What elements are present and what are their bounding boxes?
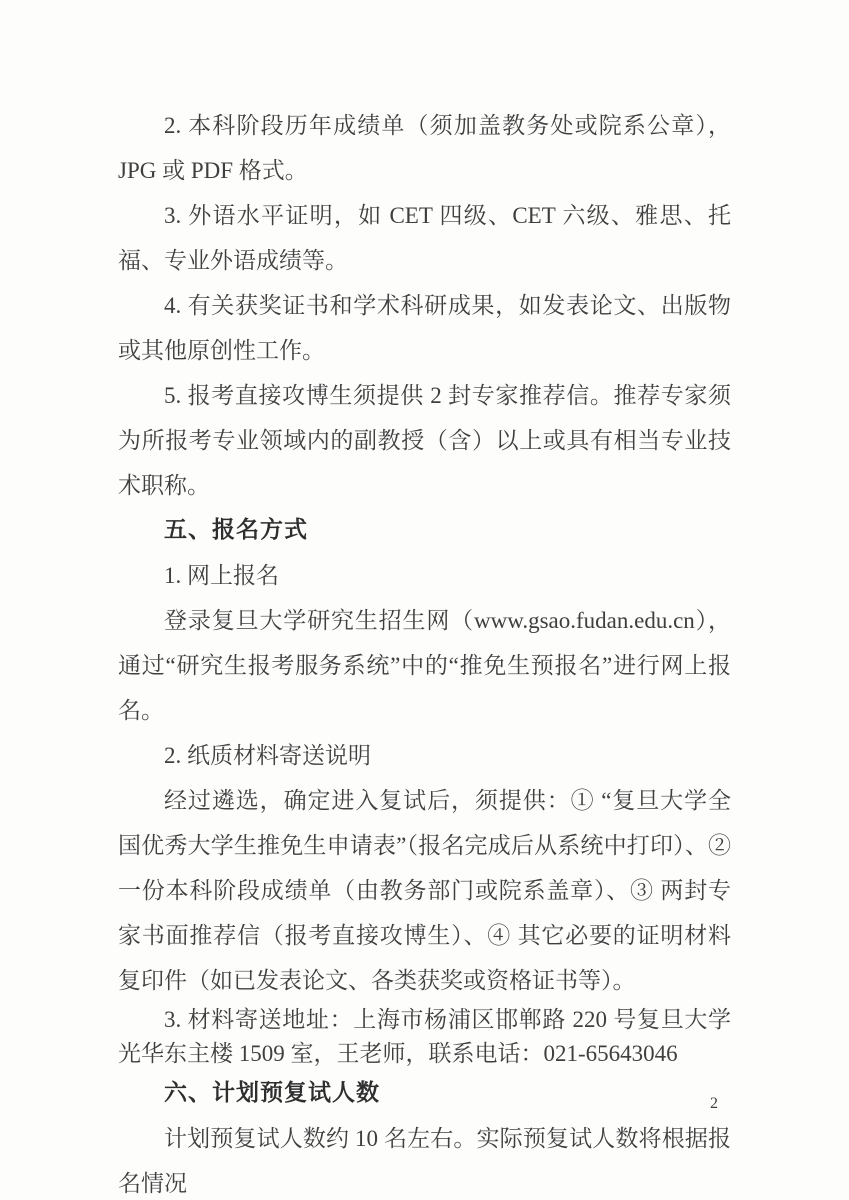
page-number: 2 [710, 1093, 718, 1115]
para-transcript-requirement: 2. 本科阶段历年成绩单（须加盖教务处或院系公章），JPG 或 PDF 格式。 [118, 103, 731, 193]
para-language-certificate: 3. 外语水平证明，如 CET 四级、CET 六级、雅思、托福、专业外语成绩等。 [118, 193, 731, 283]
para-interview-count: 计划预复试人数约 10 名左右。实际预复试人数将根据报名情况 [118, 1116, 731, 1200]
document-body: 2. 本科阶段历年成绩单（须加盖教务处或院系公章），JPG 或 PDF 格式。 … [118, 103, 731, 1200]
para-online-registration: 1. 网上报名 [118, 553, 731, 598]
para-paper-materials-title: 2. 纸质材料寄送说明 [118, 733, 731, 778]
document-page: 2. 本科阶段历年成绩单（须加盖教务处或院系公章），JPG 或 PDF 格式。 … [0, 0, 849, 1200]
para-mailing-address: 3. 材料寄送地址：上海市杨浦区邯郸路 220 号复旦大学光华东主楼 1509 … [118, 1003, 731, 1071]
section-heading-application-method: 五、报名方式 [118, 508, 731, 553]
para-recommendation-letters: 5. 报考直接攻博生须提供 2 封专家推荐信。推荐专家须为所报考专业领域内的副教… [118, 373, 731, 508]
para-materials-list: 经过遴选，确定进入复试后，须提供：① “复旦大学全国优秀大学生推免生申请表”（报… [118, 778, 731, 1003]
para-registration-website: 登录复旦大学研究生招生网（www.gsao.fudan.edu.cn），通过“研… [118, 598, 731, 733]
para-awards-research: 4. 有关获奖证书和学术科研成果，如发表论文、出版物或其他原创性工作。 [118, 283, 731, 373]
section-heading-interview-count: 六、计划预复试人数 [118, 1071, 731, 1116]
